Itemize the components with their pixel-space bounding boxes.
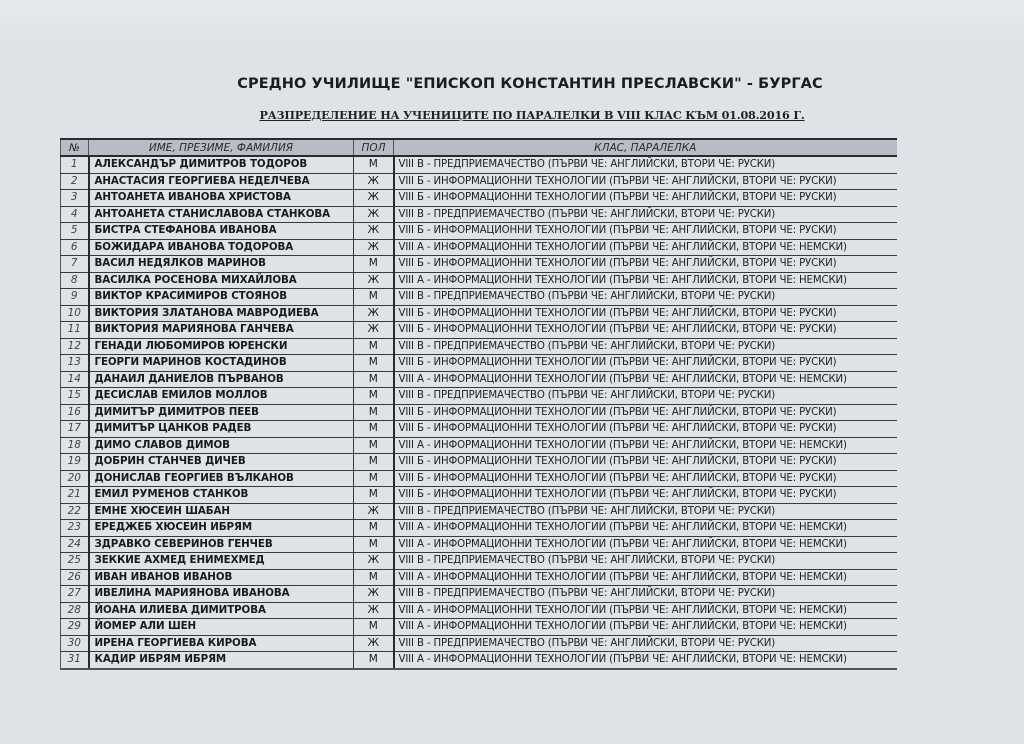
student-gender: Ж xyxy=(354,206,394,223)
student-gender: М xyxy=(354,652,394,669)
header-class: КЛАС, ПАРАЛЕЛКА xyxy=(394,139,897,156)
row-number: 5 xyxy=(61,223,89,240)
row-number: 1 xyxy=(61,156,89,173)
student-gender: М xyxy=(354,421,394,438)
row-number: 8 xyxy=(61,272,89,289)
student-name: ДОБРИН СТАНЧЕВ ДИЧЕВ xyxy=(89,454,354,471)
student-gender: М xyxy=(354,289,394,306)
student-class: VIII В - ПРЕДПРИЕМАЧЕСТВО (ПЪРВИ ЧЕ: АНГ… xyxy=(394,635,897,652)
row-number: 30 xyxy=(61,635,89,652)
student-gender: Ж xyxy=(354,272,394,289)
table-row: 15ДЕСИСЛАВ ЕМИЛОВ МОЛЛОВМVIII В - ПРЕДПР… xyxy=(61,388,897,405)
table-row: 2АНАСТАСИЯ ГЕОРГИЕВА НЕДЕЛЧЕВАЖVIII Б - … xyxy=(61,173,897,190)
table-row: 1АЛЕКСАНДЪР ДИМИТРОВ ТОДОРОВМVIII В - ПР… xyxy=(61,156,897,173)
row-number: 18 xyxy=(61,437,89,454)
student-gender: Ж xyxy=(354,305,394,322)
student-class: VIII В - ПРЕДПРИЕМАЧЕСТВО (ПЪРВИ ЧЕ: АНГ… xyxy=(394,206,897,223)
table-row: 9ВИКТОР КРАСИМИРОВ СТОЯНОВМVIII В - ПРЕД… xyxy=(61,289,897,306)
student-class: VIII А - ИНФОРМАЦИОННИ ТЕХНОЛОГИИ (ПЪРВИ… xyxy=(394,536,897,553)
student-class: VIII В - ПРЕДПРИЕМАЧЕСТВО (ПЪРВИ ЧЕ: АНГ… xyxy=(394,503,897,520)
student-name: ВАСИЛКА РОСЕНОВА МИХАЙЛОВА xyxy=(89,272,354,289)
table-row: 31КАДИР ИБРЯМ ИБРЯММVIII А - ИНФОРМАЦИОН… xyxy=(61,652,897,669)
student-gender: М xyxy=(354,156,394,173)
table-row: 14ДАНАИЛ ДАНИЕЛОВ ПЪРВАНОВМVIII А - ИНФО… xyxy=(61,371,897,388)
header-name: ИМЕ, ПРЕЗИМЕ, ФАМИЛИЯ xyxy=(89,139,354,156)
table-row: 23ЕРЕДЖЕБ ХЮСЕИН ИБРЯММVIII А - ИНФОРМАЦ… xyxy=(61,520,897,537)
student-class: VIII Б - ИНФОРМАЦИОННИ ТЕХНОЛОГИИ (ПЪРВИ… xyxy=(394,223,897,240)
table-row: 4АНТОАНЕТА СТАНИСЛАВОВА СТАНКОВАЖVIII В … xyxy=(61,206,897,223)
student-gender: Ж xyxy=(354,503,394,520)
student-name: ДИМИТЪР ЦАНКОВ РАДЕВ xyxy=(89,421,354,438)
student-name: ЗДРАВКО СЕВЕРИНОВ ГЕНЧЕВ xyxy=(89,536,354,553)
student-name: ГЕОРГИ МАРИНОВ КОСТАДИНОВ xyxy=(89,355,354,372)
student-class: VIII Б - ИНФОРМАЦИОННИ ТЕХНОЛОГИИ (ПЪРВИ… xyxy=(394,305,897,322)
student-name: ЙОАНА ИЛИЕВА ДИМИТРОВА xyxy=(89,602,354,619)
student-gender: М xyxy=(354,437,394,454)
row-number: 28 xyxy=(61,602,89,619)
row-number: 12 xyxy=(61,338,89,355)
row-number: 24 xyxy=(61,536,89,553)
student-name: БИСТРА СТЕФАНОВА ИВАНОВА xyxy=(89,223,354,240)
student-class: VIII Б - ИНФОРМАЦИОННИ ТЕХНОЛОГИИ (ПЪРВИ… xyxy=(394,322,897,339)
student-class: VIII В - ПРЕДПРИЕМАЧЕСТВО (ПЪРВИ ЧЕ: АНГ… xyxy=(394,586,897,603)
table-row: 29ЙОМЕР АЛИ ШЕНМVIII А - ИНФОРМАЦИОННИ Т… xyxy=(61,619,897,636)
student-class: VIII А - ИНФОРМАЦИОННИ ТЕХНОЛОГИИ (ПЪРВИ… xyxy=(394,652,897,669)
student-gender: М xyxy=(354,569,394,586)
row-number: 26 xyxy=(61,569,89,586)
row-number: 21 xyxy=(61,487,89,504)
student-name: АЛЕКСАНДЪР ДИМИТРОВ ТОДОРОВ xyxy=(89,156,354,173)
row-number: 14 xyxy=(61,371,89,388)
table-row: 24ЗДРАВКО СЕВЕРИНОВ ГЕНЧЕВМVIII А - ИНФО… xyxy=(61,536,897,553)
row-number: 31 xyxy=(61,652,89,669)
student-gender: Ж xyxy=(354,322,394,339)
student-class: VIII В - ПРЕДПРИЕМАЧЕСТВО (ПЪРВИ ЧЕ: АНГ… xyxy=(394,388,897,405)
row-number: 16 xyxy=(61,404,89,421)
row-number: 6 xyxy=(61,239,89,256)
student-gender: М xyxy=(354,371,394,388)
student-name: ВИКТОР КРАСИМИРОВ СТОЯНОВ xyxy=(89,289,354,306)
student-class: VIII Б - ИНФОРМАЦИОННИ ТЕХНОЛОГИИ (ПЪРВИ… xyxy=(394,421,897,438)
school-title: СРЕДНО УЧИЛИЩЕ "ЕПИСКОП КОНСТАНТИН ПРЕСЛ… xyxy=(0,76,1024,92)
student-gender: М xyxy=(354,619,394,636)
row-number: 23 xyxy=(61,520,89,537)
student-gender: Ж xyxy=(354,190,394,207)
student-name: ЙОМЕР АЛИ ШЕН xyxy=(89,619,354,636)
student-class: VIII А - ИНФОРМАЦИОННИ ТЕХНОЛОГИИ (ПЪРВИ… xyxy=(394,569,897,586)
table-row: 19ДОБРИН СТАНЧЕВ ДИЧЕВМVIII Б - ИНФОРМАЦ… xyxy=(61,454,897,471)
student-name: АНТОАНЕТА СТАНИСЛАВОВА СТАНКОВА xyxy=(89,206,354,223)
student-name: ВИКТОРИЯ ЗЛАТАНОВА МАВРОДИЕВА xyxy=(89,305,354,322)
row-number: 9 xyxy=(61,289,89,306)
table-row: 6БОЖИДАРА ИВАНОВА ТОДОРОВАЖVIII А - ИНФО… xyxy=(61,239,897,256)
document-subtitle: РАЗПРЕДЕЛЕНИЕ НА УЧЕНИЦИТЕ ПО ПАРАЛЕЛКИ … xyxy=(0,108,1024,122)
student-name: ИВЕЛИНА МАРИЯНОВА ИВАНОВА xyxy=(89,586,354,603)
row-number: 13 xyxy=(61,355,89,372)
student-class: VIII А - ИНФОРМАЦИОННИ ТЕХНОЛОГИИ (ПЪРВИ… xyxy=(394,239,897,256)
student-gender: М xyxy=(354,338,394,355)
row-number: 19 xyxy=(61,454,89,471)
student-class: VIII Б - ИНФОРМАЦИОННИ ТЕХНОЛОГИИ (ПЪРВИ… xyxy=(394,487,897,504)
student-class: VIII В - ПРЕДПРИЕМАЧЕСТВО (ПЪРВИ ЧЕ: АНГ… xyxy=(394,156,897,173)
student-name: АНТОАНЕТА ИВАНОВА ХРИСТОВА xyxy=(89,190,354,207)
student-gender: М xyxy=(354,388,394,405)
row-number: 4 xyxy=(61,206,89,223)
table-row: 8ВАСИЛКА РОСЕНОВА МИХАЙЛОВАЖVIII А - ИНФ… xyxy=(61,272,897,289)
student-gender: М xyxy=(354,454,394,471)
student-name: ДИМО СЛАВОВ ДИМОВ xyxy=(89,437,354,454)
student-gender: Ж xyxy=(354,553,394,570)
table-row: 18ДИМО СЛАВОВ ДИМОВМVIII А - ИНФОРМАЦИОН… xyxy=(61,437,897,454)
table-row: 21ЕМИЛ РУМЕНОВ СТАНКОВМVIII Б - ИНФОРМАЦ… xyxy=(61,487,897,504)
student-class: VIII А - ИНФОРМАЦИОННИ ТЕХНОЛОГИИ (ПЪРВИ… xyxy=(394,619,897,636)
table-row: 12ГЕНАДИ ЛЮБОМИРОВ ЮРЕНСКИМVIII В - ПРЕД… xyxy=(61,338,897,355)
student-name: ИРЕНА ГЕОРГИЕВА КИРОВА xyxy=(89,635,354,652)
student-name: БОЖИДАРА ИВАНОВА ТОДОРОВА xyxy=(89,239,354,256)
row-number: 15 xyxy=(61,388,89,405)
student-class: VIII А - ИНФОРМАЦИОННИ ТЕХНОЛОГИИ (ПЪРВИ… xyxy=(394,602,897,619)
student-gender: М xyxy=(354,520,394,537)
row-number: 10 xyxy=(61,305,89,322)
table-row: 22ЕМНЕ ХЮСЕИН ШАБАНЖVIII В - ПРЕДПРИЕМАЧ… xyxy=(61,503,897,520)
student-name: КАДИР ИБРЯМ ИБРЯМ xyxy=(89,652,354,669)
header-number: № xyxy=(61,139,89,156)
student-roster-table: № ИМЕ, ПРЕЗИМЕ, ФАМИЛИЯ ПОЛ КЛАС, ПАРАЛЕ… xyxy=(60,138,897,670)
student-class: VIII Б - ИНФОРМАЦИОННИ ТЕХНОЛОГИИ (ПЪРВИ… xyxy=(394,190,897,207)
table-row: 25ЗЕККИЕ АХМЕД ЕНИМЕХМЕДЖVIII В - ПРЕДПР… xyxy=(61,553,897,570)
student-class: VIII В - ПРЕДПРИЕМАЧЕСТВО (ПЪРВИ ЧЕ: АНГ… xyxy=(394,289,897,306)
row-number: 3 xyxy=(61,190,89,207)
student-name: ЕРЕДЖЕБ ХЮСЕИН ИБРЯМ xyxy=(89,520,354,537)
student-name: ДИМИТЪР ДИМИТРОВ ПЕЕВ xyxy=(89,404,354,421)
row-number: 25 xyxy=(61,553,89,570)
student-class: VIII Б - ИНФОРМАЦИОННИ ТЕХНОЛОГИИ (ПЪРВИ… xyxy=(394,173,897,190)
table-body: 1АЛЕКСАНДЪР ДИМИТРОВ ТОДОРОВМVIII В - ПР… xyxy=(61,156,897,669)
student-name: ВИКТОРИЯ МАРИЯНОВА ГАНЧЕВА xyxy=(89,322,354,339)
student-name: ГЕНАДИ ЛЮБОМИРОВ ЮРЕНСКИ xyxy=(89,338,354,355)
table-row: 3АНТОАНЕТА ИВАНОВА ХРИСТОВАЖVIII Б - ИНФ… xyxy=(61,190,897,207)
student-gender: Ж xyxy=(354,586,394,603)
row-number: 27 xyxy=(61,586,89,603)
table-row: 13ГЕОРГИ МАРИНОВ КОСТАДИНОВМVIII Б - ИНФ… xyxy=(61,355,897,372)
table-row: 7ВАСИЛ НЕДЯЛКОВ МАРИНОВМVIII Б - ИНФОРМА… xyxy=(61,256,897,273)
student-gender: Ж xyxy=(354,602,394,619)
header-gender: ПОЛ xyxy=(354,139,394,156)
table-header-row: № ИМЕ, ПРЕЗИМЕ, ФАМИЛИЯ ПОЛ КЛАС, ПАРАЛЕ… xyxy=(61,139,897,156)
student-gender: М xyxy=(354,355,394,372)
table-row: 17ДИМИТЪР ЦАНКОВ РАДЕВМVIII Б - ИНФОРМАЦ… xyxy=(61,421,897,438)
student-gender: М xyxy=(354,470,394,487)
table-row: 10ВИКТОРИЯ ЗЛАТАНОВА МАВРОДИЕВАЖVIII Б -… xyxy=(61,305,897,322)
student-class: VIII Б - ИНФОРМАЦИОННИ ТЕХНОЛОГИИ (ПЪРВИ… xyxy=(394,355,897,372)
student-gender: М xyxy=(354,487,394,504)
student-class: VIII Б - ИНФОРМАЦИОННИ ТЕХНОЛОГИИ (ПЪРВИ… xyxy=(394,256,897,273)
student-name: ЕМНЕ ХЮСЕИН ШАБАН xyxy=(89,503,354,520)
student-class: VIII Б - ИНФОРМАЦИОННИ ТЕХНОЛОГИИ (ПЪРВИ… xyxy=(394,404,897,421)
table-row: 20ДОНИСЛАВ ГЕОРГИЕВ ВЪЛКАНОВМVIII Б - ИН… xyxy=(61,470,897,487)
table-row: 26ИВАН ИВАНОВ ИВАНОВМVIII А - ИНФОРМАЦИО… xyxy=(61,569,897,586)
row-number: 11 xyxy=(61,322,89,339)
row-number: 17 xyxy=(61,421,89,438)
row-number: 22 xyxy=(61,503,89,520)
student-name: ЗЕККИЕ АХМЕД ЕНИМЕХМЕД xyxy=(89,553,354,570)
student-class: VIII Б - ИНФОРМАЦИОННИ ТЕХНОЛОГИИ (ПЪРВИ… xyxy=(394,454,897,471)
student-gender: Ж xyxy=(354,223,394,240)
student-class: VIII Б - ИНФОРМАЦИОННИ ТЕХНОЛОГИИ (ПЪРВИ… xyxy=(394,470,897,487)
student-name: ДЕСИСЛАВ ЕМИЛОВ МОЛЛОВ xyxy=(89,388,354,405)
student-gender: М xyxy=(354,536,394,553)
student-name: ЕМИЛ РУМЕНОВ СТАНКОВ xyxy=(89,487,354,504)
table-row: 11ВИКТОРИЯ МАРИЯНОВА ГАНЧЕВАЖVIII Б - ИН… xyxy=(61,322,897,339)
table-row: 28ЙОАНА ИЛИЕВА ДИМИТРОВАЖVIII А - ИНФОРМ… xyxy=(61,602,897,619)
table-row: 16ДИМИТЪР ДИМИТРОВ ПЕЕВМVIII Б - ИНФОРМА… xyxy=(61,404,897,421)
student-class: VIII А - ИНФОРМАЦИОННИ ТЕХНОЛОГИИ (ПЪРВИ… xyxy=(394,272,897,289)
student-gender: Ж xyxy=(354,173,394,190)
table-row: 5БИСТРА СТЕФАНОВА ИВАНОВАЖVIII Б - ИНФОР… xyxy=(61,223,897,240)
table-row: 27ИВЕЛИНА МАРИЯНОВА ИВАНОВАЖVIII В - ПРЕ… xyxy=(61,586,897,603)
student-class: VIII А - ИНФОРМАЦИОННИ ТЕХНОЛОГИИ (ПЪРВИ… xyxy=(394,520,897,537)
student-gender: Ж xyxy=(354,635,394,652)
table-row: 30ИРЕНА ГЕОРГИЕВА КИРОВАЖVIII В - ПРЕДПР… xyxy=(61,635,897,652)
row-number: 29 xyxy=(61,619,89,636)
scanned-document-page: СРЕДНО УЧИЛИЩЕ "ЕПИСКОП КОНСТАНТИН ПРЕСЛ… xyxy=(0,0,1024,744)
row-number: 20 xyxy=(61,470,89,487)
student-gender: Ж xyxy=(354,239,394,256)
student-class: VIII А - ИНФОРМАЦИОННИ ТЕХНОЛОГИИ (ПЪРВИ… xyxy=(394,437,897,454)
student-gender: М xyxy=(354,256,394,273)
row-number: 2 xyxy=(61,173,89,190)
student-class: VIII В - ПРЕДПРИЕМАЧЕСТВО (ПЪРВИ ЧЕ: АНГ… xyxy=(394,553,897,570)
student-class: VIII В - ПРЕДПРИЕМАЧЕСТВО (ПЪРВИ ЧЕ: АНГ… xyxy=(394,338,897,355)
student-name: ВАСИЛ НЕДЯЛКОВ МАРИНОВ xyxy=(89,256,354,273)
student-name: ДОНИСЛАВ ГЕОРГИЕВ ВЪЛКАНОВ xyxy=(89,470,354,487)
student-name: АНАСТАСИЯ ГЕОРГИЕВА НЕДЕЛЧЕВА xyxy=(89,173,354,190)
student-class: VIII А - ИНФОРМАЦИОННИ ТЕХНОЛОГИИ (ПЪРВИ… xyxy=(394,371,897,388)
student-name: ДАНАИЛ ДАНИЕЛОВ ПЪРВАНОВ xyxy=(89,371,354,388)
student-name: ИВАН ИВАНОВ ИВАНОВ xyxy=(89,569,354,586)
row-number: 7 xyxy=(61,256,89,273)
student-gender: М xyxy=(354,404,394,421)
